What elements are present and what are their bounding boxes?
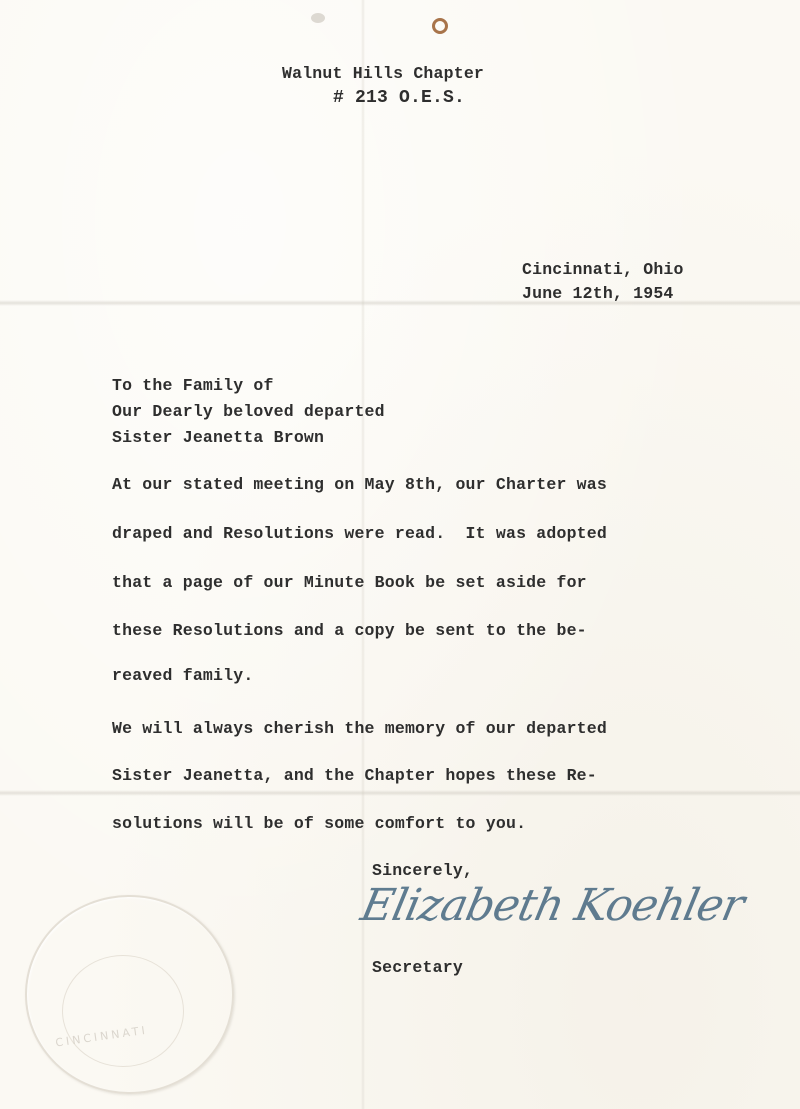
address-line: To the Family of	[112, 378, 274, 395]
closing-salutation: Sincerely,	[372, 863, 473, 880]
dateline-date: June 12th, 1954	[522, 286, 674, 303]
dateline-place: Cincinnati, Ohio	[522, 262, 684, 279]
paper-mark	[311, 13, 325, 23]
fold-line	[0, 300, 800, 306]
fold-line-vertical	[361, 0, 365, 1109]
body-line: Sister Jeanetta, and the Chapter hopes t…	[112, 768, 597, 785]
body-line: reaved family.	[112, 668, 253, 685]
body-line: We will always cherish the memory of our…	[112, 721, 607, 738]
letterhead-chapter-number: # 213 O.E.S.	[333, 89, 465, 107]
embossed-seal-inner-ring	[62, 955, 184, 1067]
body-line: these Resolutions and a copy be sent to …	[112, 623, 587, 640]
letterhead-chapter-name: Walnut Hills Chapter	[282, 66, 484, 83]
body-line: solutions will be of some comfort to you…	[112, 816, 526, 833]
address-line: Our Dearly beloved departed	[112, 404, 385, 421]
body-line: At our stated meeting on May 8th, our Ch…	[112, 477, 607, 494]
signer-title: Secretary	[372, 960, 463, 977]
body-line: that a page of our Minute Book be set as…	[112, 575, 587, 592]
body-line: draped and Resolutions were read. It was…	[112, 526, 607, 543]
handwritten-signature: Elizabeth Koehler	[357, 880, 748, 931]
fold-line	[0, 790, 800, 796]
address-line: Sister Jeanetta Brown	[112, 430, 324, 447]
rust-mark	[432, 18, 448, 34]
